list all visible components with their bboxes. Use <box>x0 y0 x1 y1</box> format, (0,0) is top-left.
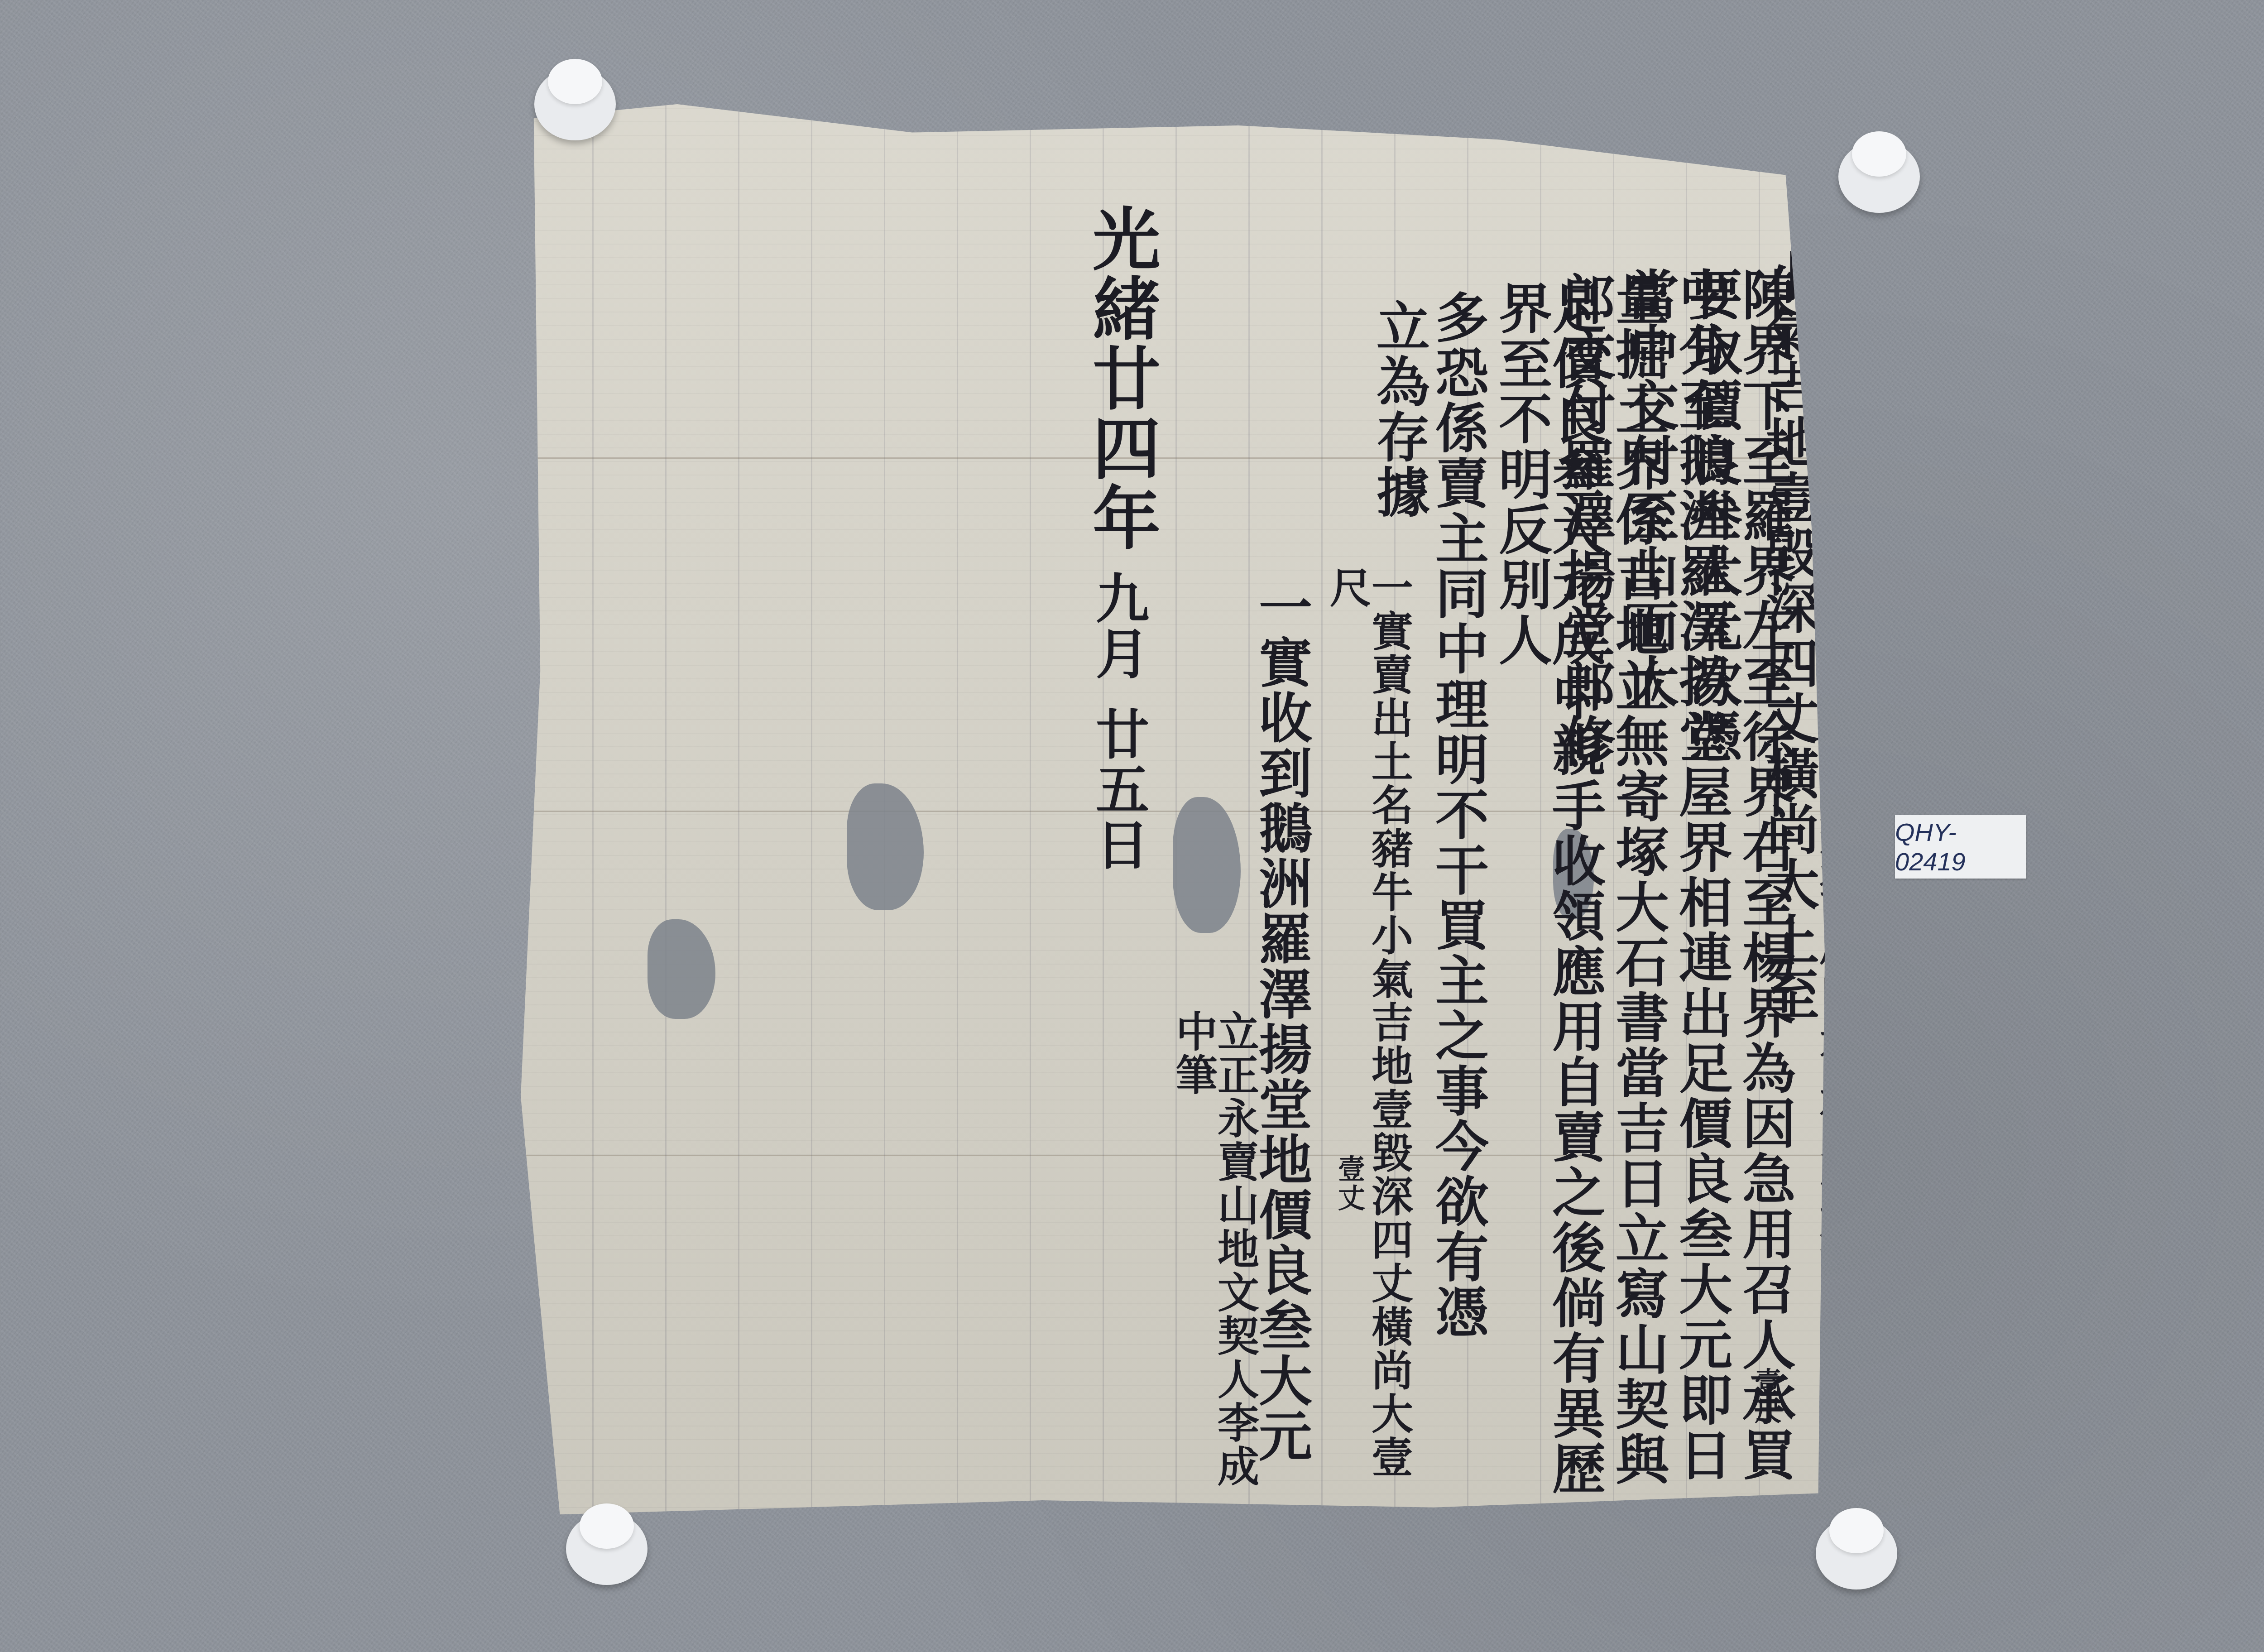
note-sold-land: 一實賣出土名豬牛小氣吉地壹毀深四丈橫尚大壹尺 <box>1327 566 1410 1522</box>
paper-hole <box>847 783 924 910</box>
paper-hole <box>1173 797 1241 933</box>
corner-weight-bottom-right[interactable] <box>1816 1508 1897 1590</box>
contract-paper: 立正永賣山文契人大吉鄉李成中有祖父遺下土名豬牛小氣吉地壹毀深四丈橫尚大上至 壹尺… <box>521 104 1825 1522</box>
date-month: 九月 <box>1091 571 1145 681</box>
seller-signature: 立正永賣山地文契人李成中筆 <box>1173 1010 1256 1522</box>
note-annotation: 壹丈 <box>1336 1155 1363 1213</box>
text-column-5: 足價良叁大元成中親手收領應用自賣之後倘有異歷界至不明反別人 <box>1494 281 1601 1522</box>
catalog-label: QHY-02419 <box>1895 815 2026 879</box>
date-era: 光緒廿四年 <box>1087 204 1155 552</box>
note-payment-received: 一實收到鵝洲羅澤揚堂地價良叁大元 <box>1254 580 1308 1464</box>
paper-hole <box>648 919 715 1019</box>
corner-weight-top-right[interactable] <box>1838 131 1920 213</box>
text-column-7: 立為存據 <box>1372 299 1425 520</box>
text-column-6: 多恐係賣主同中理明不干買主之事今欲有憑 <box>1431 290 1484 1340</box>
date-day: 廿五日 <box>1091 706 1145 872</box>
corner-weight-bottom-left[interactable] <box>566 1503 648 1585</box>
corner-weight-top-left[interactable] <box>534 59 616 140</box>
catalog-number: QHY-02419 <box>1895 817 2013 876</box>
